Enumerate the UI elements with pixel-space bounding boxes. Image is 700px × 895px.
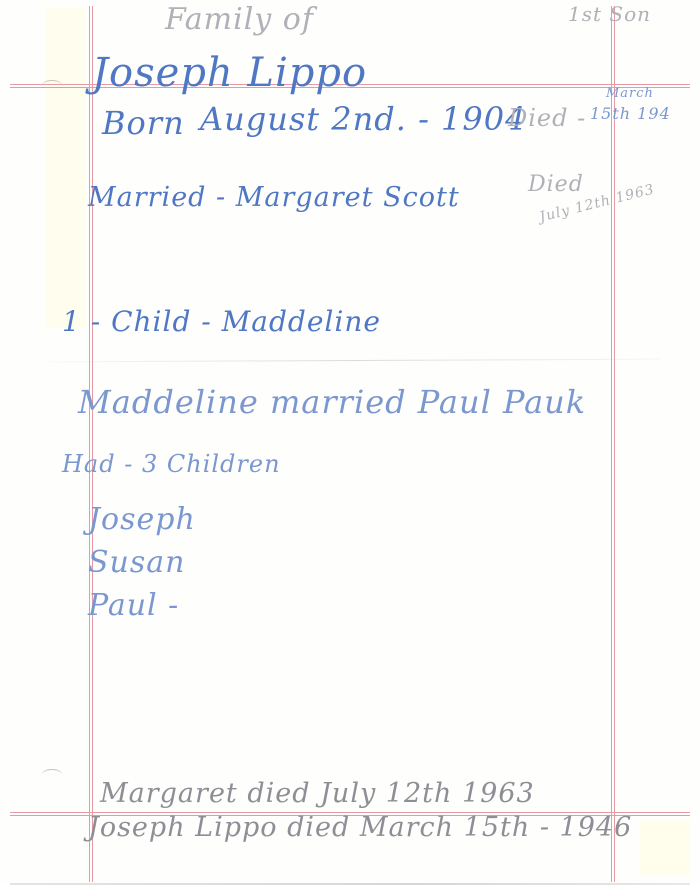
document-page: Family of 1st Son Joseph Lippo Born Augu… [0, 0, 700, 883]
birth-label: Born [102, 104, 185, 142]
birth-date: August 2nd. - 1904 [200, 100, 526, 138]
footer-line-spouse-death: Margaret died July 12th 1963 [100, 778, 535, 809]
death-label: Died - [508, 104, 586, 132]
corner-note-first-son: 1st Son [568, 2, 651, 26]
death-month: March [606, 86, 654, 101]
paper-discoloration [640, 820, 690, 875]
child-line: 1 - Child - Maddeline [62, 305, 381, 338]
paper-fold-crease [50, 359, 660, 363]
death-date: 15th 194 [590, 104, 671, 123]
margin-mark [42, 80, 62, 91]
margin-mark [42, 769, 62, 780]
child-marriage-line: Maddeline married Paul Pauk [78, 383, 586, 421]
grandchildren-heading: Had - 3 Children [62, 450, 281, 478]
grandchild-name: Joseph [88, 502, 196, 537]
grandchild-name: Susan [88, 545, 185, 580]
spouse-died-label: Died [528, 172, 584, 197]
right-margin-rule [611, 6, 612, 882]
left-margin-rule [89, 6, 90, 882]
paper-discoloration [45, 8, 85, 328]
right-margin-rule [614, 6, 615, 882]
subject-name: Joseph Lippo [92, 50, 367, 96]
page-edge [10, 883, 690, 885]
left-margin-rule [92, 6, 93, 882]
grandchild-name: Paul - [88, 588, 179, 623]
title-family-of: Family of [165, 2, 314, 37]
footer-line-subject-death: Joseph Lippo died March 15th - 1946 [88, 812, 632, 843]
marriage-line: Married - Margaret Scott [88, 182, 460, 213]
